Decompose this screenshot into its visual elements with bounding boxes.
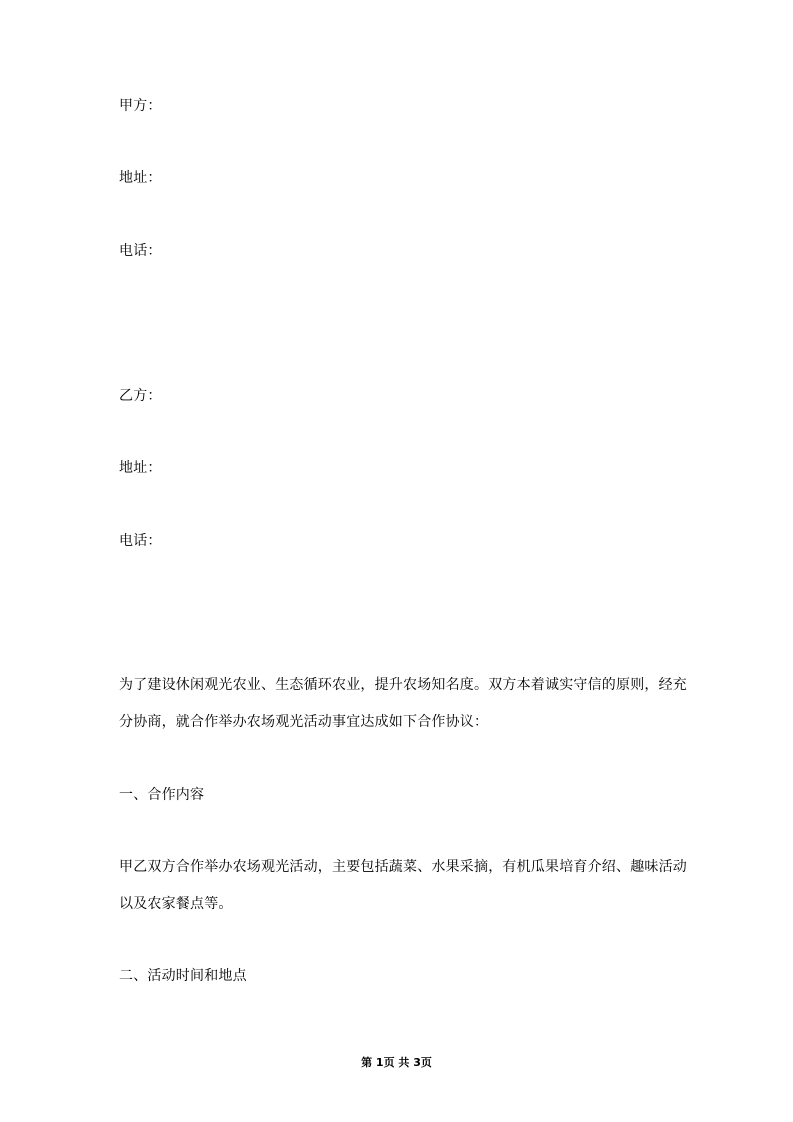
section-body-line: 以及农家餐点等。: [119, 896, 233, 912]
section-body-line: 甲乙双方合作举办农场观光活动，主要包括蔬菜、水果采摘，有机瓜果培育介绍、趣味活动: [119, 859, 687, 875]
party-a-address-label: 地址：: [119, 170, 162, 186]
party-a-label: 甲方：: [119, 98, 162, 114]
section-heading: 二、活动时间和地点: [119, 968, 247, 984]
party-b-phone-label: 电话：: [119, 533, 162, 549]
party-b-label: 乙方：: [119, 388, 162, 404]
party-a-phone-label: 电话：: [119, 243, 162, 259]
party-b-address-label: 地址：: [119, 460, 162, 476]
section-heading: 一、合作内容: [119, 787, 204, 803]
page-footer: 第 1页 共 3页: [0, 1054, 793, 1070]
preamble-line-1: 为了建设休闲观光农业、生态循环农业，提升农场知名度。双方本着诚实守信的原则，经充: [119, 677, 687, 693]
preamble-line-2: 分协商，就合作举办农场观光活动事宜达成如下合作协议：: [119, 714, 488, 730]
